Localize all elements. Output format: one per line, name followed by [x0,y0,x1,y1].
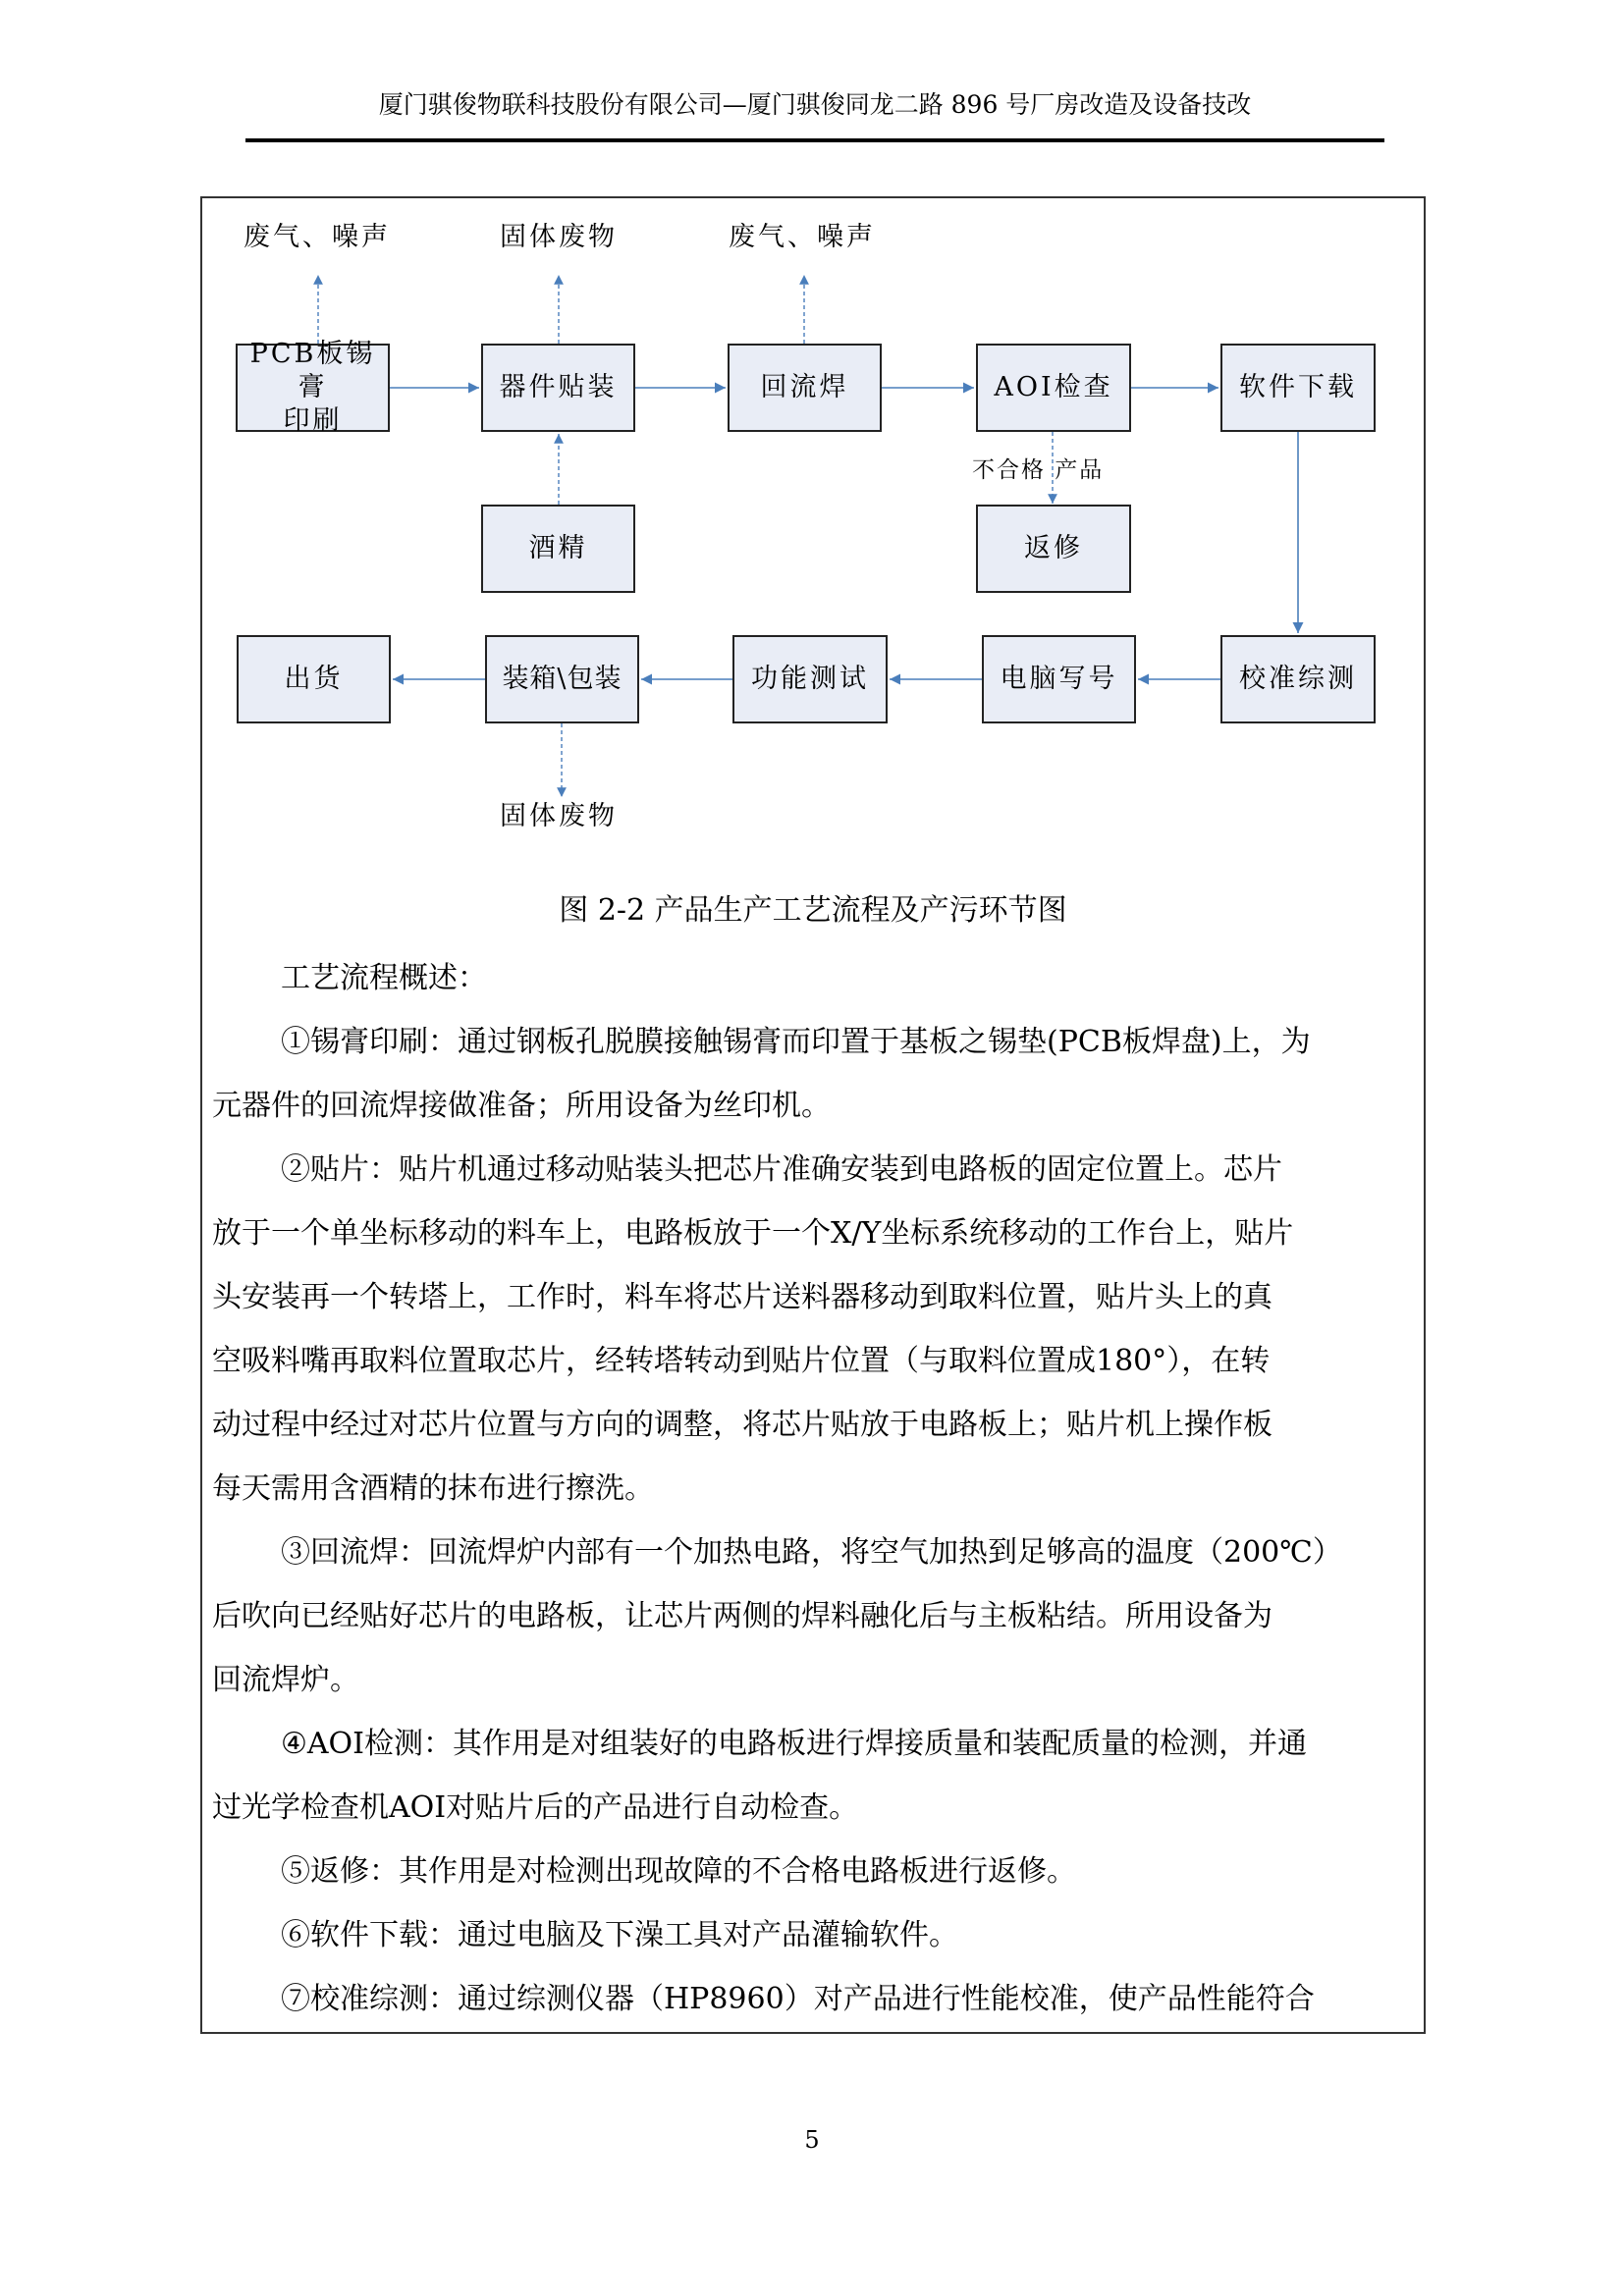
header-rule [245,138,1384,142]
node-label: 软件下载 [1239,371,1357,404]
text-line: 空吸料嘴再取料位置取芯片，经转塔转动到贴片位置（与取料位置成180°），在转 [212,1329,1420,1393]
node-label: 印刷 [284,404,343,438]
node-label: 校准综测 [1239,663,1357,696]
node-alcohol-input: 酒精 [481,505,635,593]
node-pcb-paste-printing: PCB板锡膏 印刷 [236,344,390,432]
node-packing: 装箱\包装 [485,635,639,723]
node-aoi-inspection: AOI检查 [976,344,1131,432]
node-pc-write-id: 电脑写号 [982,635,1136,723]
edge-label-unqualified: 不合格 产品 [972,454,1104,487]
text-line: ⑥软件下载：通过电脑及下澡工具对产品灌输软件。 [212,1903,1420,1967]
text-line: ②贴片：贴片机通过移动贴装头把芯片准确安装到电路板的固定位置上。芯片 [212,1138,1420,1201]
text-line: ①锡膏印刷：通过钢板孔脱膜接触锡膏而印置于基板之锡垫(PCB板焊盘)上，为 [212,1010,1420,1074]
node-rework: 返修 [976,505,1131,593]
text-line: 动过程中经过对芯片位置与方向的调整，将芯片贴放于电路板上；贴片机上操作板 [212,1393,1420,1457]
output-label-solid-waste: 固体废物 [500,800,618,833]
text-line: 过光学检查机AOI对贴片后的产品进行自动检查。 [212,1776,1420,1840]
text-line: 头安装再一个转塔上，工作时，料车将芯片送料器移动到取料位置，贴片头上的真 [212,1265,1420,1329]
text-line: 元器件的回流焊接做准备；所用设备为丝印机。 [212,1074,1420,1138]
output-label-solid-waste: 固体废物 [500,221,618,254]
node-calibration-test: 校准综测 [1220,635,1376,723]
section-heading: 工艺流程概述： [212,946,1420,1010]
node-shipping: 出货 [237,635,391,723]
text-line: 放于一个单坐标移动的料车上，电路板放于一个X/Y坐标系统移动的工作台上，贴片 [212,1201,1420,1265]
node-label: 出货 [285,663,344,696]
text-line: 每天需用含酒精的抹布进行擦洗。 [212,1457,1420,1521]
node-function-test: 功能测试 [732,635,888,723]
node-label: 回流焊 [761,371,849,404]
node-label: 装箱\包装 [502,663,622,696]
node-reflow-soldering: 回流焊 [728,344,882,432]
text-line: ⑦校准综测：通过综测仪器（HP8960）对产品进行性能校准，使产品性能符合 [212,1967,1420,2031]
page-number: 5 [785,2126,839,2154]
node-label: PCB板锡膏 [238,338,388,404]
node-software-download: 软件下载 [1220,344,1376,432]
text-line: 后吹向已经贴好芯片的电路板，让芯片两侧的焊料融化后与主板粘结。所用设备为 [212,1584,1420,1648]
node-label: 电脑写号 [1001,663,1118,696]
output-label-exhaust-noise: 废气、噪声 [244,221,391,254]
node-component-mounting: 器件贴装 [481,344,635,432]
running-header: 厦门骐俊物联科技股份有限公司—厦门骐俊同龙二路 896 号厂房改造及设备技改 [245,88,1384,122]
node-label: 器件贴装 [500,371,618,404]
text-line: ④AOI检测：其作用是对组装好的电路板进行焊接质量和装配质量的检测，并通 [212,1712,1420,1776]
text-line: ⑤返修：其作用是对检测出现故障的不合格电路板进行返修。 [212,1840,1420,1903]
node-label: AOI检查 [994,371,1112,404]
output-label-exhaust-noise: 废气、噪声 [729,221,876,254]
node-label: 返修 [1024,532,1083,565]
process-description: 工艺流程概述： ①锡膏印刷：通过钢板孔脱膜接触锡膏而印置于基板之锡垫(PCB板焊… [212,946,1420,2031]
node-label: 功能测试 [751,663,869,696]
text-line: ③回流焊：回流焊炉内部有一个加热电路，将空气加热到足够高的温度（200℃） [212,1521,1420,1584]
text-line: 回流焊炉。 [212,1648,1420,1712]
figure-caption: 图 2-2 产品生产工艺流程及产污环节图 [200,891,1426,931]
node-label: 酒精 [529,532,588,565]
